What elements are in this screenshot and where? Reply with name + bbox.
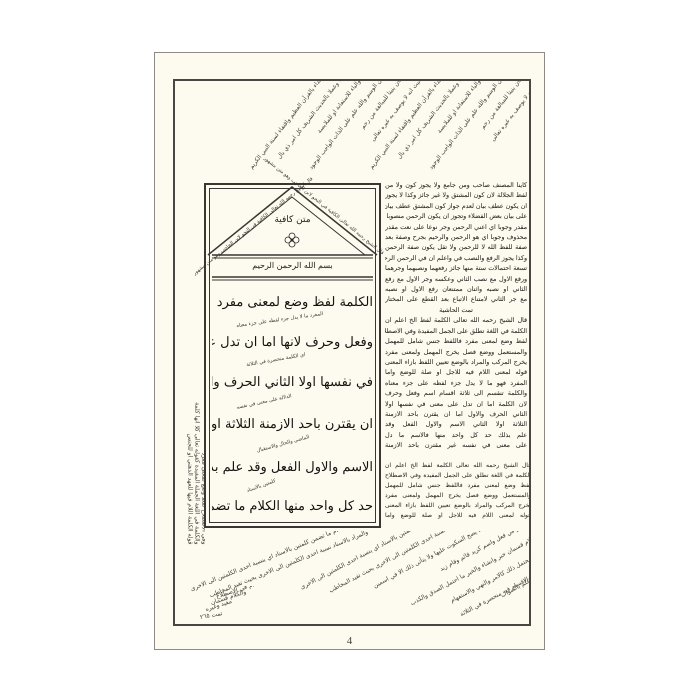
commentary-line: الثاني الحرف والاول اما ان يقترن باحد ال… xyxy=(385,410,527,420)
commentary-line: لفظ وضع لمعنى مفرد فاللفظ جنس شامل للمهم… xyxy=(385,481,531,491)
commentary-line: قال الشيخ رحمه الله تعالى الكلمة لفظ الخ… xyxy=(385,316,527,326)
commentary-line: لفظ وضع لمعنى مفرد فاللفظ جنس شامل للمهم… xyxy=(385,337,527,347)
main-text-box: قال الشيخ رحمه الله تعالى الكافية في الن… xyxy=(204,183,381,528)
main-text-line: ان يقترن باحد الازمنة الثلاثة اولا الثان… xyxy=(212,417,373,432)
document-page: قال الشيخ رحمه الله تعالى اقتداء بالقرآن… xyxy=(154,52,545,650)
main-text-line: الاسم والاول الفعل وقد علم بذلك xyxy=(212,460,373,475)
main-text-line: في نفسها اولا الثاني الحرف والاول اما xyxy=(212,375,373,390)
main-text-line: الكلمة لفظ وضع لمعنى مفرد وهي اسم xyxy=(212,295,373,310)
commentary-line: صفة للفظ الله لا للرحمن ولا تقل يكون صفة… xyxy=(385,243,527,253)
gloss-line: قوله الكلمة اللام فيها للعهد الذهني او ل… xyxy=(187,171,194,545)
gloss-bottom-left: الكلام في الاصطلاح والكلام قسمان مقيد وغ… xyxy=(195,586,265,626)
commentary-line: والمستعمل ووضع فصل يخرج المهمل ولمعنى مف… xyxy=(385,491,531,501)
commentary-end-mark: تمت الحاشية xyxy=(385,306,527,316)
commentary-line: لان الكلمة اما ان تدل على معنى في نفسها … xyxy=(385,400,527,410)
commentary-line: تسعة احتمالات ستة منها جائز رفعهما ونصبه… xyxy=(385,264,527,274)
gloss-line: والكلمة في اللغة الجملة المفيدة كقوله تع… xyxy=(194,171,201,545)
commentary-line: مع جر الثاني لامتناع الاتباع بعد القطع ع… xyxy=(385,295,527,305)
commentary-line: كاينا المصنف صاحب ومن جامع ولا يجوز كون … xyxy=(385,181,527,191)
gloss-top-diagonal: قال الشيخ رحمه الله تعالى اقتداء بالقرآن… xyxy=(175,81,531,181)
flower-ornament-icon xyxy=(285,233,299,247)
gloss-right-lower: قال الشيخ رحمه الله تعالى الكلمة لفظ الخ… xyxy=(385,461,531,531)
commentary-line: لفظ الجلالة لان كون المشتق ولا غير جائز … xyxy=(385,191,527,201)
commentary-line: قوله لمعنى اللام فيه للاجل او صلة للوضع … xyxy=(385,368,527,378)
main-text-line: وفعل وحرف لانها اما ان تدل على معنى xyxy=(212,335,373,350)
commentary-line: يخرج المركب والمراد بالوضع تعيين اللفظ ب… xyxy=(385,501,531,511)
gloss-left-vertical: قوله الكلمة اللام فيها للعهد الذهني او ل… xyxy=(175,171,205,551)
commentary-line: والمستعمل ووضع فصل يخرج المهمل ولمعنى مف… xyxy=(385,348,527,358)
commentary-line: على بيان بعض الفضلاء وتجوز ان يكون الرحم… xyxy=(385,212,527,222)
commentary-line: ان يكون عطف بيان لعدم جواز كون المشتق عط… xyxy=(385,202,527,212)
commentary-line: يخرج المركب والمراد بالوضع تعيين اللفظ ب… xyxy=(385,358,527,368)
commentary-line: على معنى في نفسه غير مقترن باحد الازمنة xyxy=(385,441,527,451)
commentary-line: الثلاثة اولا الثاني الاسم والاول الفعل و… xyxy=(385,420,527,430)
page-number: 4 xyxy=(155,635,544,647)
commentary-line: محذوف وجوبا اي هو الرحمن والرحيم بجرح وص… xyxy=(385,233,527,243)
main-text-line: حد كل واحد منها الكلام ما تضمن xyxy=(212,499,373,514)
commentary-line: قوله لمعنى اللام فيه للاجل او صلة للوضع … xyxy=(385,511,531,521)
commentary-line: علم بذلك حد كل واحد منها فالاسم ما دل xyxy=(385,431,527,441)
commentary-line: قال الشيخ رحمه الله تعالى الكلمة لفظ الخ… xyxy=(385,461,531,471)
basmala: بسم الله الرحمن الرحيم xyxy=(206,261,379,270)
commentary-line: والكلمة تنقسم الى ثلاثة اقسام اسم وفعل و… xyxy=(385,389,527,399)
commentary-line: الثاني او نصبه واثنان ممتنعان رفع الاول … xyxy=(385,285,527,295)
commentary-line: وكذا يجوز الرفع والنصب في واعلم ان في ال… xyxy=(385,254,527,264)
gloss-line: تمت ٢٦٥ xyxy=(200,610,223,621)
page-frame: قال الشيخ رحمه الله تعالى اقتداء بالقرآن… xyxy=(173,79,531,626)
commentary-line: الكلمة في اللغة تطلق على الجمل المفيدة و… xyxy=(385,327,527,337)
book-title: متن كافية xyxy=(206,215,379,225)
commentary-line: مقدر وجوبا اي اعني الرحمن وجر نوعا على ن… xyxy=(385,223,527,233)
commentary-line: ورفع الاول مع نصب الثاني وعكسه وجر الاول… xyxy=(385,275,527,285)
commentary-line: الكلمة في اللغة تطلق على الجمل المفيدة و… xyxy=(385,471,531,481)
commentary-line: المفرد فهو ما لا يدل جزء لفظه على جزء مع… xyxy=(385,379,527,389)
right-commentary: كاينا المصنف صاحب ومن جامع ولا يجوز كون … xyxy=(385,181,527,461)
